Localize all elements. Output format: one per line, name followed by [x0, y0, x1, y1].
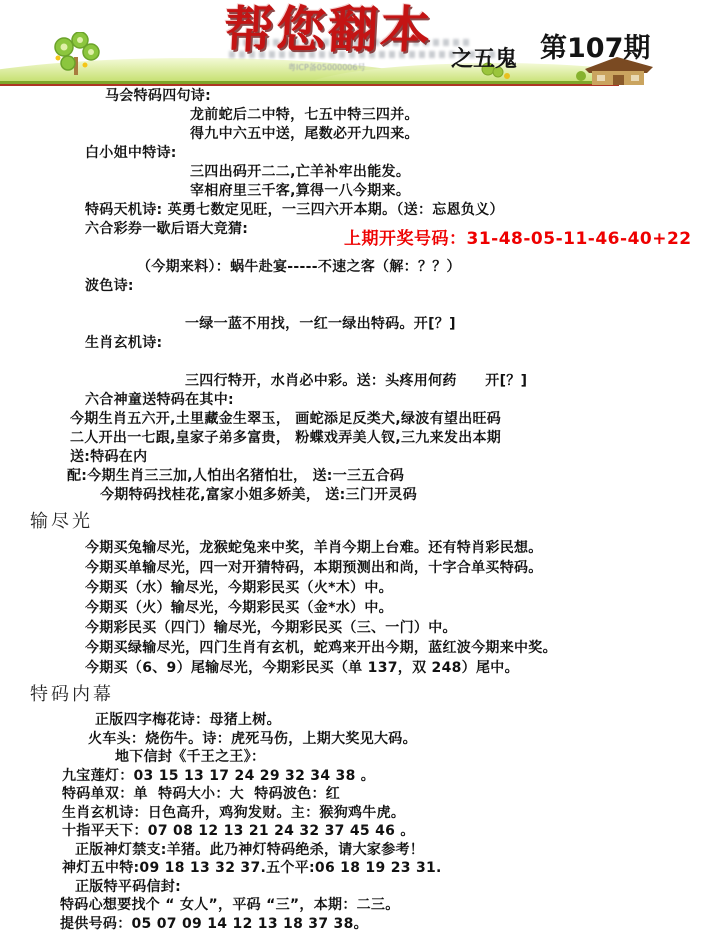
text-line: 火车头：烧伤牛。诗：虎死马伤，上期大奖见大码。: [88, 730, 720, 749]
text-line: 一绿一蓝不用找，一红一绿出特码。开[？]: [185, 315, 720, 334]
text-line: 神灯五中特:09 18 13 32 37.五个平:06 18 19 23 31.: [62, 859, 720, 878]
icp-watermark: 粤ICP备05000006号: [288, 62, 366, 73]
text-line: 生肖玄机诗：日色高升，鸡狗发财。主：猴狗鸡牛虎。: [62, 804, 720, 823]
tree-icon: [50, 32, 104, 82]
text-line: 今期特码找桂花,富家小姐多娇美， 送:三门开灵码: [100, 486, 720, 505]
text-line: 送:特码在内: [70, 448, 720, 467]
document-body: 马会特码四句诗:龙前蛇后二中特，七五中特三四并。得九中六五中送，尾数必开九四来。…: [0, 87, 720, 933]
page-subtitle: 之五鬼: [451, 42, 517, 73]
section-heading: 特码内幕: [30, 683, 720, 707]
text-line: 特码单双：单 特码大小：大 特码波色：红: [62, 785, 720, 804]
text-line: 二人开出一七跟,皇家子弟多富贵， 粉蝶戏弄美人钗,三九来发出本期: [70, 429, 720, 448]
lottery-flyer-page: 粤ICP备05000006号 帮您翻本 之五鬼 第107期 上期开奖号码：31-…: [0, 0, 720, 942]
text-line: 龙前蛇后二中特，七五中特三四并。: [190, 106, 720, 125]
text-line: 九宝莲灯：03 15 13 17 24 29 32 34 38 。: [62, 767, 720, 786]
text-line: 今期买（火）输尽光，今期彩民买（金*水）中。: [85, 598, 720, 618]
text-line: 波色诗:: [85, 277, 720, 296]
blank-line: [0, 296, 720, 315]
text-line: 今期彩民买（四门）输尽光，今期彩民买（三、一门）中。: [85, 618, 720, 638]
maroon-divider-line: [0, 84, 619, 86]
text-line: 提供号码：05 07 09 14 12 13 18 37 38。: [60, 915, 720, 934]
text-line: 正版特平码信封:: [75, 878, 720, 897]
issue-number: 第107期: [540, 26, 650, 65]
text-line: 三四行特开，水肖必中彩。送：头疼用何药 开[？]: [185, 372, 720, 391]
text-line: 宰相府里三千客,算得一八今期来。: [190, 182, 720, 201]
text-line: 今期买单输尽光，四一对开猜特码，本期预测出和尚，十字合单买特码。: [85, 558, 720, 578]
header: 粤ICP备05000006号 帮您翻本 之五鬼 第107期: [0, 0, 720, 90]
text-line: 配:今期生肖三三加,人怕出名猪怕壮， 送:一三五合码: [67, 467, 720, 486]
text-line: 生肖玄机诗:: [85, 334, 720, 353]
section-heading: 输尽光: [30, 510, 720, 534]
text-line: 今期买（水）输尽光，今期彩民买（火*木）中。: [85, 578, 720, 598]
text-line: 今期买绿输尽光，四门生肖有玄机，蛇鸡来开出今期，蓝红波今期来中奖。: [85, 638, 720, 658]
text-line: 马会特码四句诗:: [105, 87, 720, 106]
text-line: 三四出码开二二,亡羊补牢出能发。: [190, 163, 720, 182]
text-line: 白小姐中特诗:: [85, 144, 720, 163]
text-line: 地下信封《千王之王》：: [115, 748, 720, 767]
text-line: 今期买（6、9）尾输尽光，今期彩民买（单 137，双 248）尾中。: [85, 658, 720, 678]
text-line: 得九中六五中送，尾数必开九四来。: [190, 125, 720, 144]
blank-line: [0, 353, 720, 372]
text-line: 今期生肖五六开,土里藏金生翠玉， 画蛇添足反类犬,绿波有望出旺码: [70, 410, 720, 429]
text-line: 正版四字梅花诗：母猪上树。: [95, 711, 720, 730]
text-line: （今期来料）：蜗牛赴宴-----不速之客（解：？？）: [137, 258, 720, 277]
blank-line: [0, 239, 720, 258]
text-line: 六合神童送特码在其中:: [85, 391, 720, 410]
text-line: 今期买兔输尽光，龙猴蛇兔来中奖，羊肖今期上台难。还有特肖彩民想。: [85, 538, 720, 558]
text-line: 特码心想要找个 “ 女人”，平码 “三”，本期：二三。: [60, 896, 720, 915]
page-title: 帮您翻本: [223, 2, 434, 58]
text-line: 六合彩券一歇后语大竞猜:: [85, 220, 720, 239]
text-line: 十指平天下：07 08 12 13 21 24 32 37 45 46 。: [62, 822, 720, 841]
text-line: 特码天机诗: 英勇七数定见旺，一三四六开本期。（送：忘恩负义）: [85, 201, 720, 220]
text-line: 正版神灯禁支:羊猪。此乃神灯特码绝杀，请大家参考！: [75, 841, 720, 860]
